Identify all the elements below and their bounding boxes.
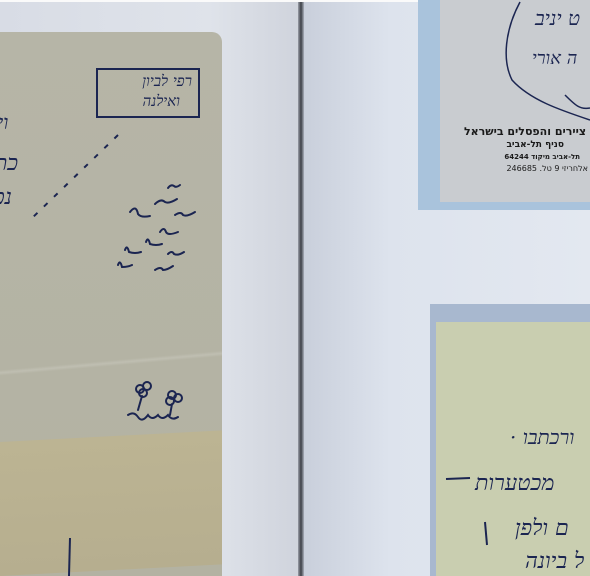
bottom-card-strokes [0, 0, 590, 576]
